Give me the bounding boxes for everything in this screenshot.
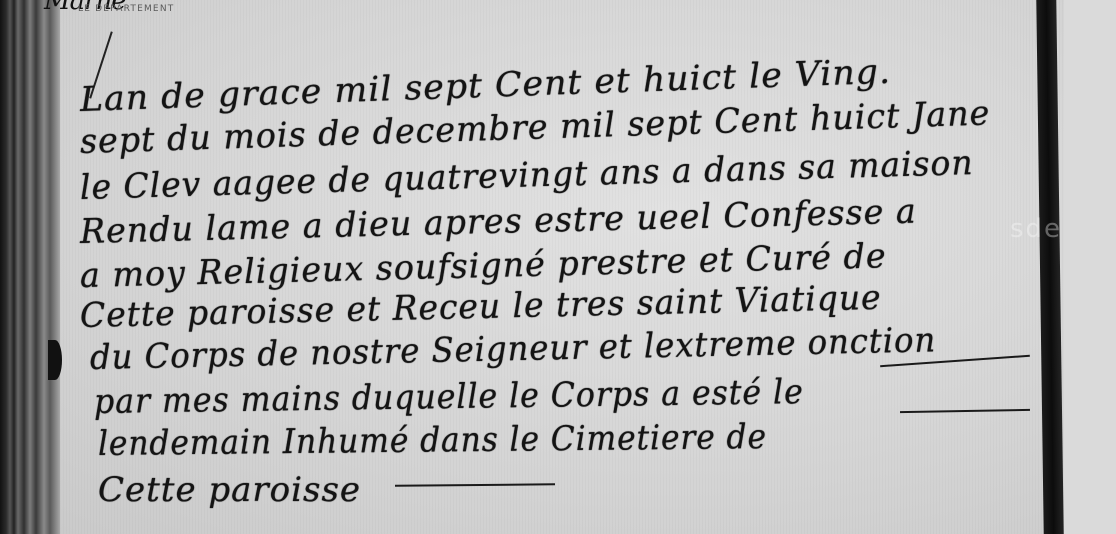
line-filler-stroke bbox=[900, 409, 1030, 413]
closing-filler-stroke bbox=[395, 483, 555, 486]
right-margin-rule bbox=[1036, 0, 1063, 534]
book-binding-gutter bbox=[0, 0, 60, 534]
manuscript-scan: Marne LE DÉPARTEMENT sde Lan de grace mi… bbox=[0, 0, 1116, 534]
watermark-text: sde bbox=[1010, 214, 1062, 244]
logo-subtitle: LE DÉPARTEMENT bbox=[78, 4, 174, 14]
manuscript-line-9: lendemain Inhumé dans le Cimetiere de bbox=[98, 417, 767, 464]
department-logo: Marne LE DÉPARTEMENT bbox=[40, 0, 220, 26]
manuscript-line-8: par mes mains duquelle le Corps a esté l… bbox=[94, 372, 804, 422]
right-page-edge bbox=[1064, 0, 1116, 534]
manuscript-line-10: Cette paroisse bbox=[98, 470, 361, 510]
binding-notch bbox=[48, 340, 62, 380]
